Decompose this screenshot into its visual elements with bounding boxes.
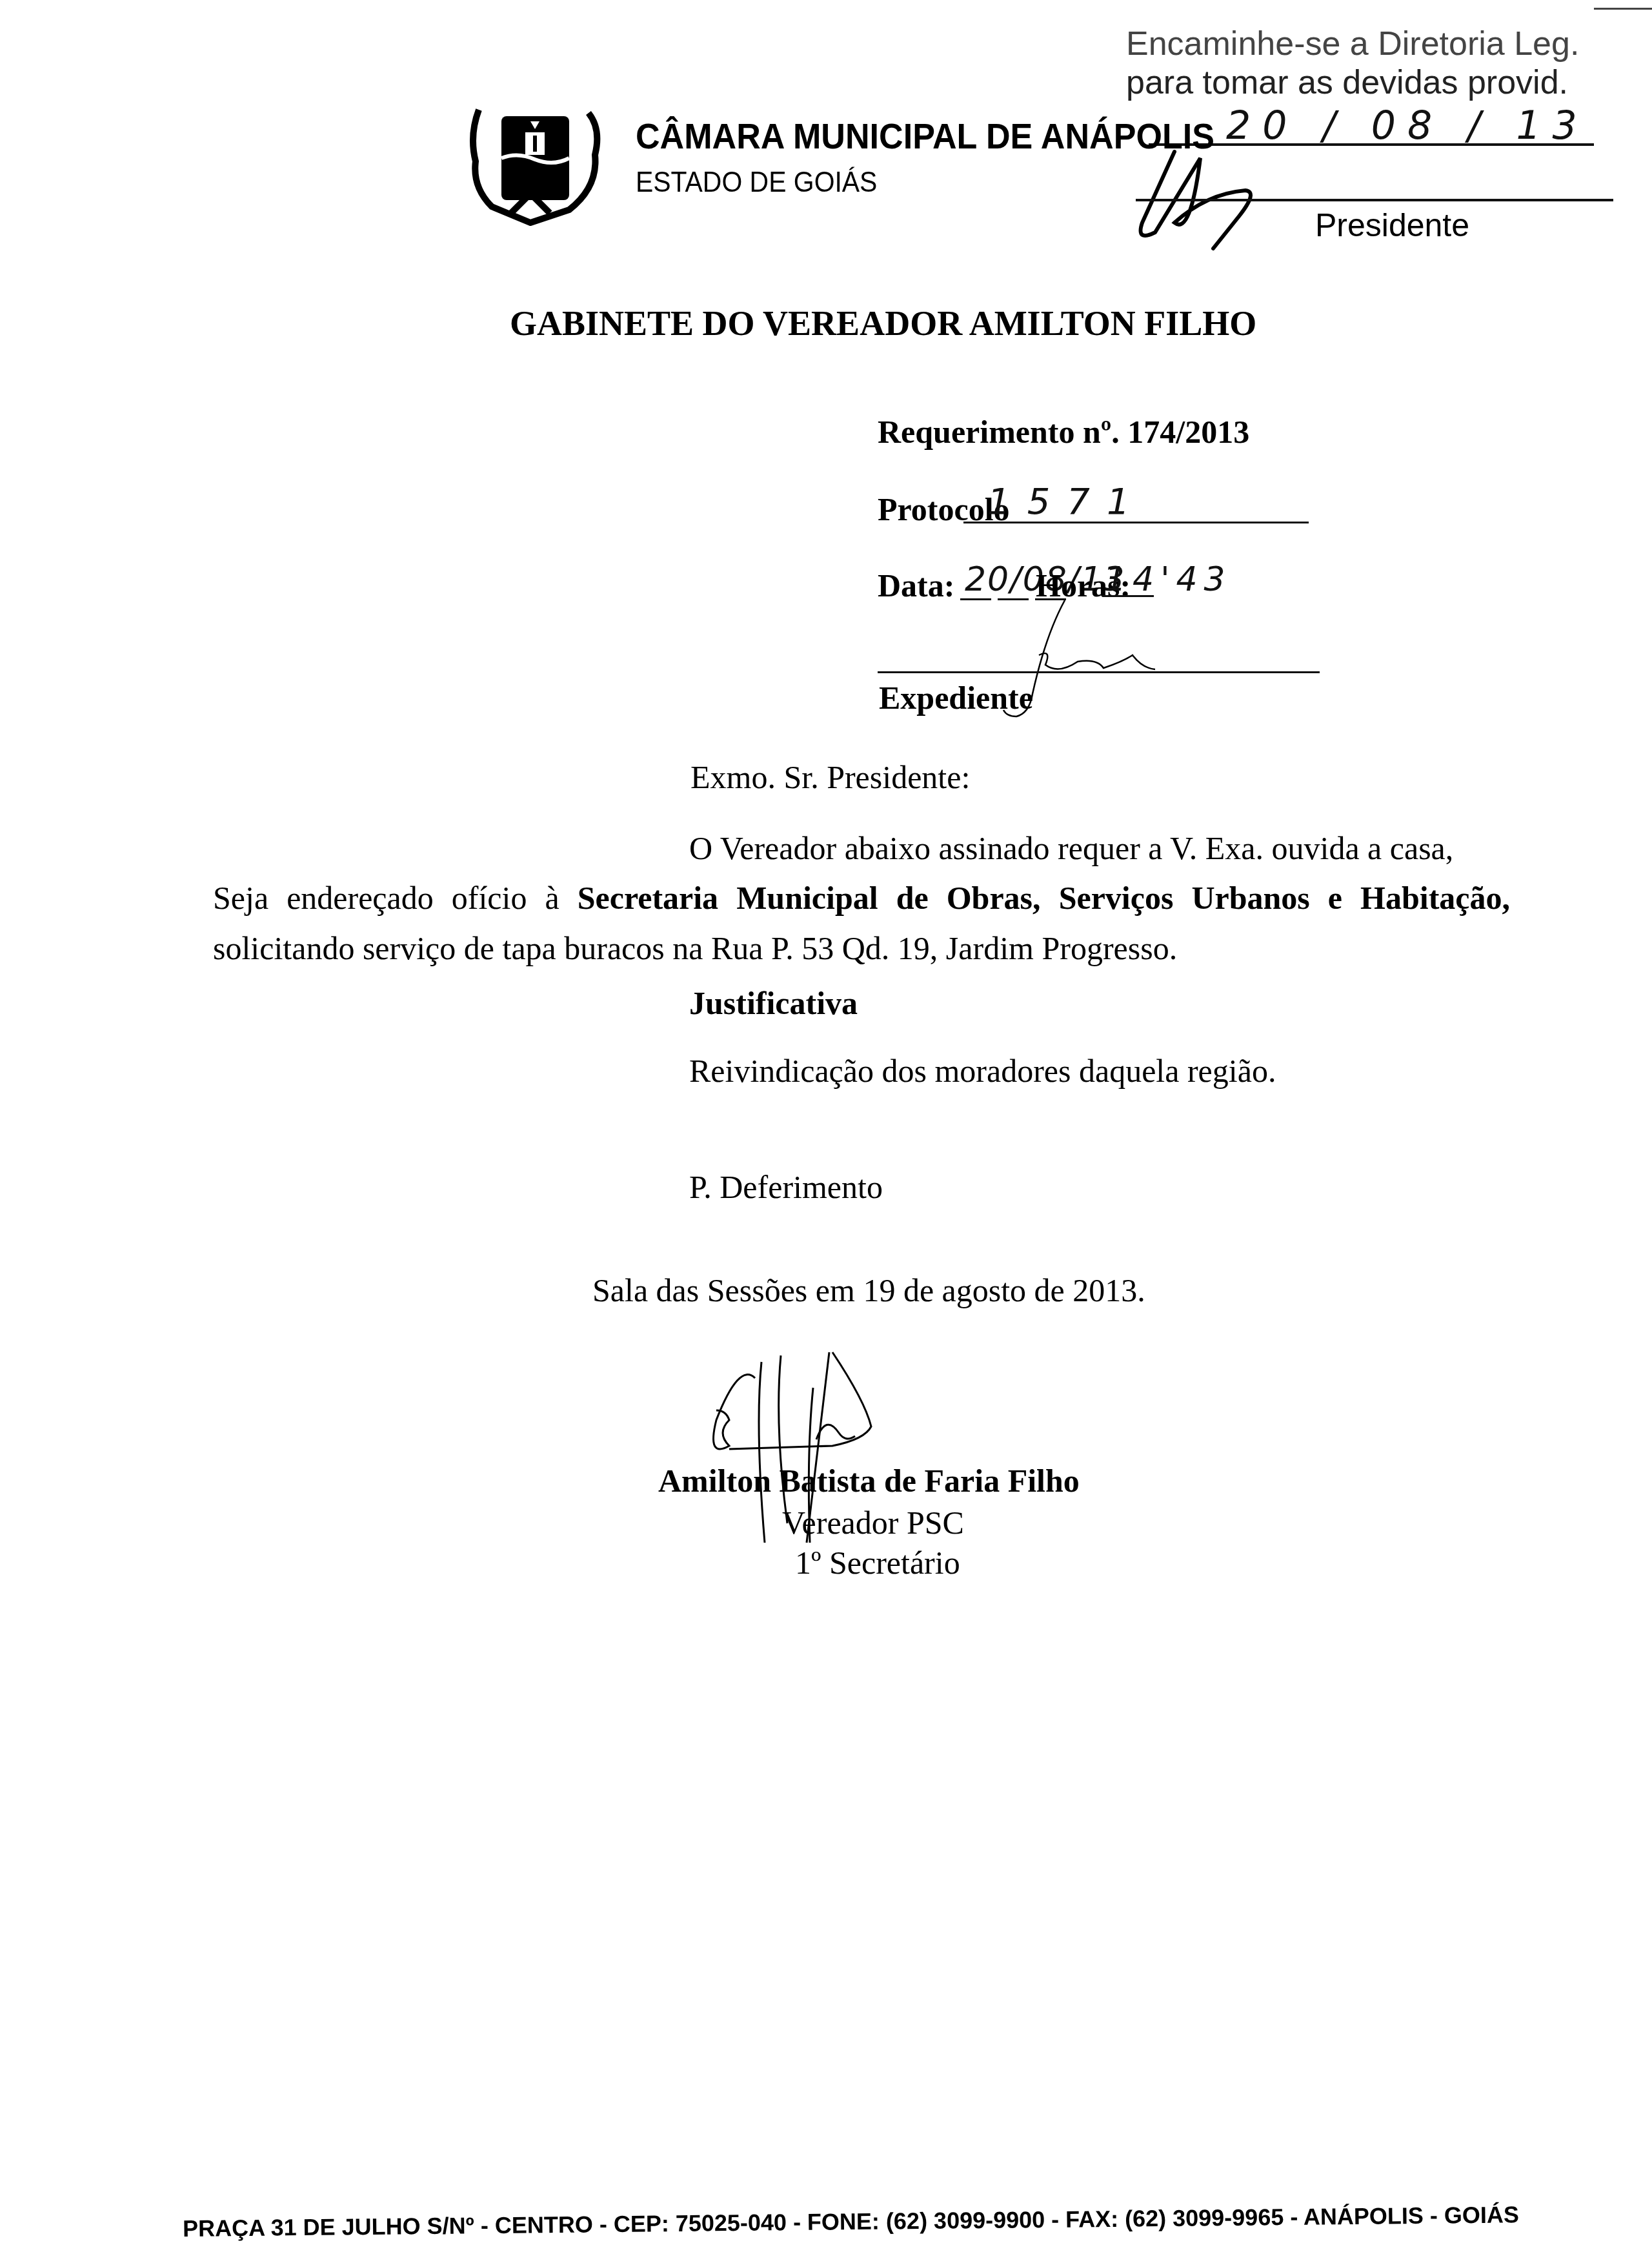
institution-title: CÂMARA MUNICIPAL DE ANÁPOLIS bbox=[636, 115, 1214, 157]
body-line-3: solicitando serviço de tapa buracos na R… bbox=[213, 929, 1177, 967]
data-label: Data: bbox=[878, 567, 954, 604]
stamp-line-1: Encaminhe-se a Diretoria Leg. bbox=[1126, 25, 1579, 63]
president-line bbox=[1136, 199, 1613, 201]
body-line-2-text: Seja endereçado ofício à bbox=[213, 880, 578, 916]
salutation: Exmo. Sr. Presidente: bbox=[690, 758, 970, 796]
councilor-role: Vereador PSC bbox=[782, 1504, 964, 1541]
stamp-line-2: para tomar as devidas provid. bbox=[1126, 63, 1568, 102]
request-number: Requerimento nº. 174/2013 bbox=[878, 413, 1249, 451]
stamp-handwritten-date: 20 / 08 / 13 bbox=[1226, 103, 1589, 148]
coat-of-arms-icon bbox=[466, 97, 605, 226]
councilor-name: Amilton Batista de Faria Filho bbox=[658, 1462, 1080, 1499]
secretariat-name: Secretaria Municipal de Obras, Serviços … bbox=[578, 880, 1510, 916]
closing: P. Deferimento bbox=[689, 1168, 883, 1206]
body-line-1: O Vereador abaixo assinado requer a V. E… bbox=[689, 829, 1453, 867]
body-line-2: Seja endereçado ofício à Secretaria Muni… bbox=[213, 879, 1510, 917]
justificativa-text: Reivindicação dos moradores daquela regi… bbox=[689, 1052, 1276, 1090]
expediente-label: Expediente bbox=[879, 679, 1033, 716]
place-date: Sala das Sessões em 19 de agosto de 2013… bbox=[592, 1272, 1145, 1309]
councilor-position: 1º Secretário bbox=[795, 1544, 960, 1581]
office-title: GABINETE DO VEREADOR AMILTON FILHO bbox=[510, 303, 1256, 343]
justificativa-heading: Justificativa bbox=[689, 984, 858, 1022]
footer-address: PRAÇA 31 DE JULHO S/Nº - CENTRO - CEP: 7… bbox=[183, 2201, 1519, 2242]
horas-value: 14'43 bbox=[1105, 560, 1232, 599]
president-label: Presidente bbox=[1315, 207, 1469, 244]
expediente-line bbox=[878, 671, 1320, 673]
protocolo-line bbox=[963, 522, 1309, 523]
data-line-day bbox=[960, 598, 991, 600]
institution-subtitle: ESTADO DE GOIÁS bbox=[636, 167, 877, 199]
protocolo-value: 1571 bbox=[987, 481, 1147, 523]
scan-mark bbox=[1594, 8, 1652, 10]
